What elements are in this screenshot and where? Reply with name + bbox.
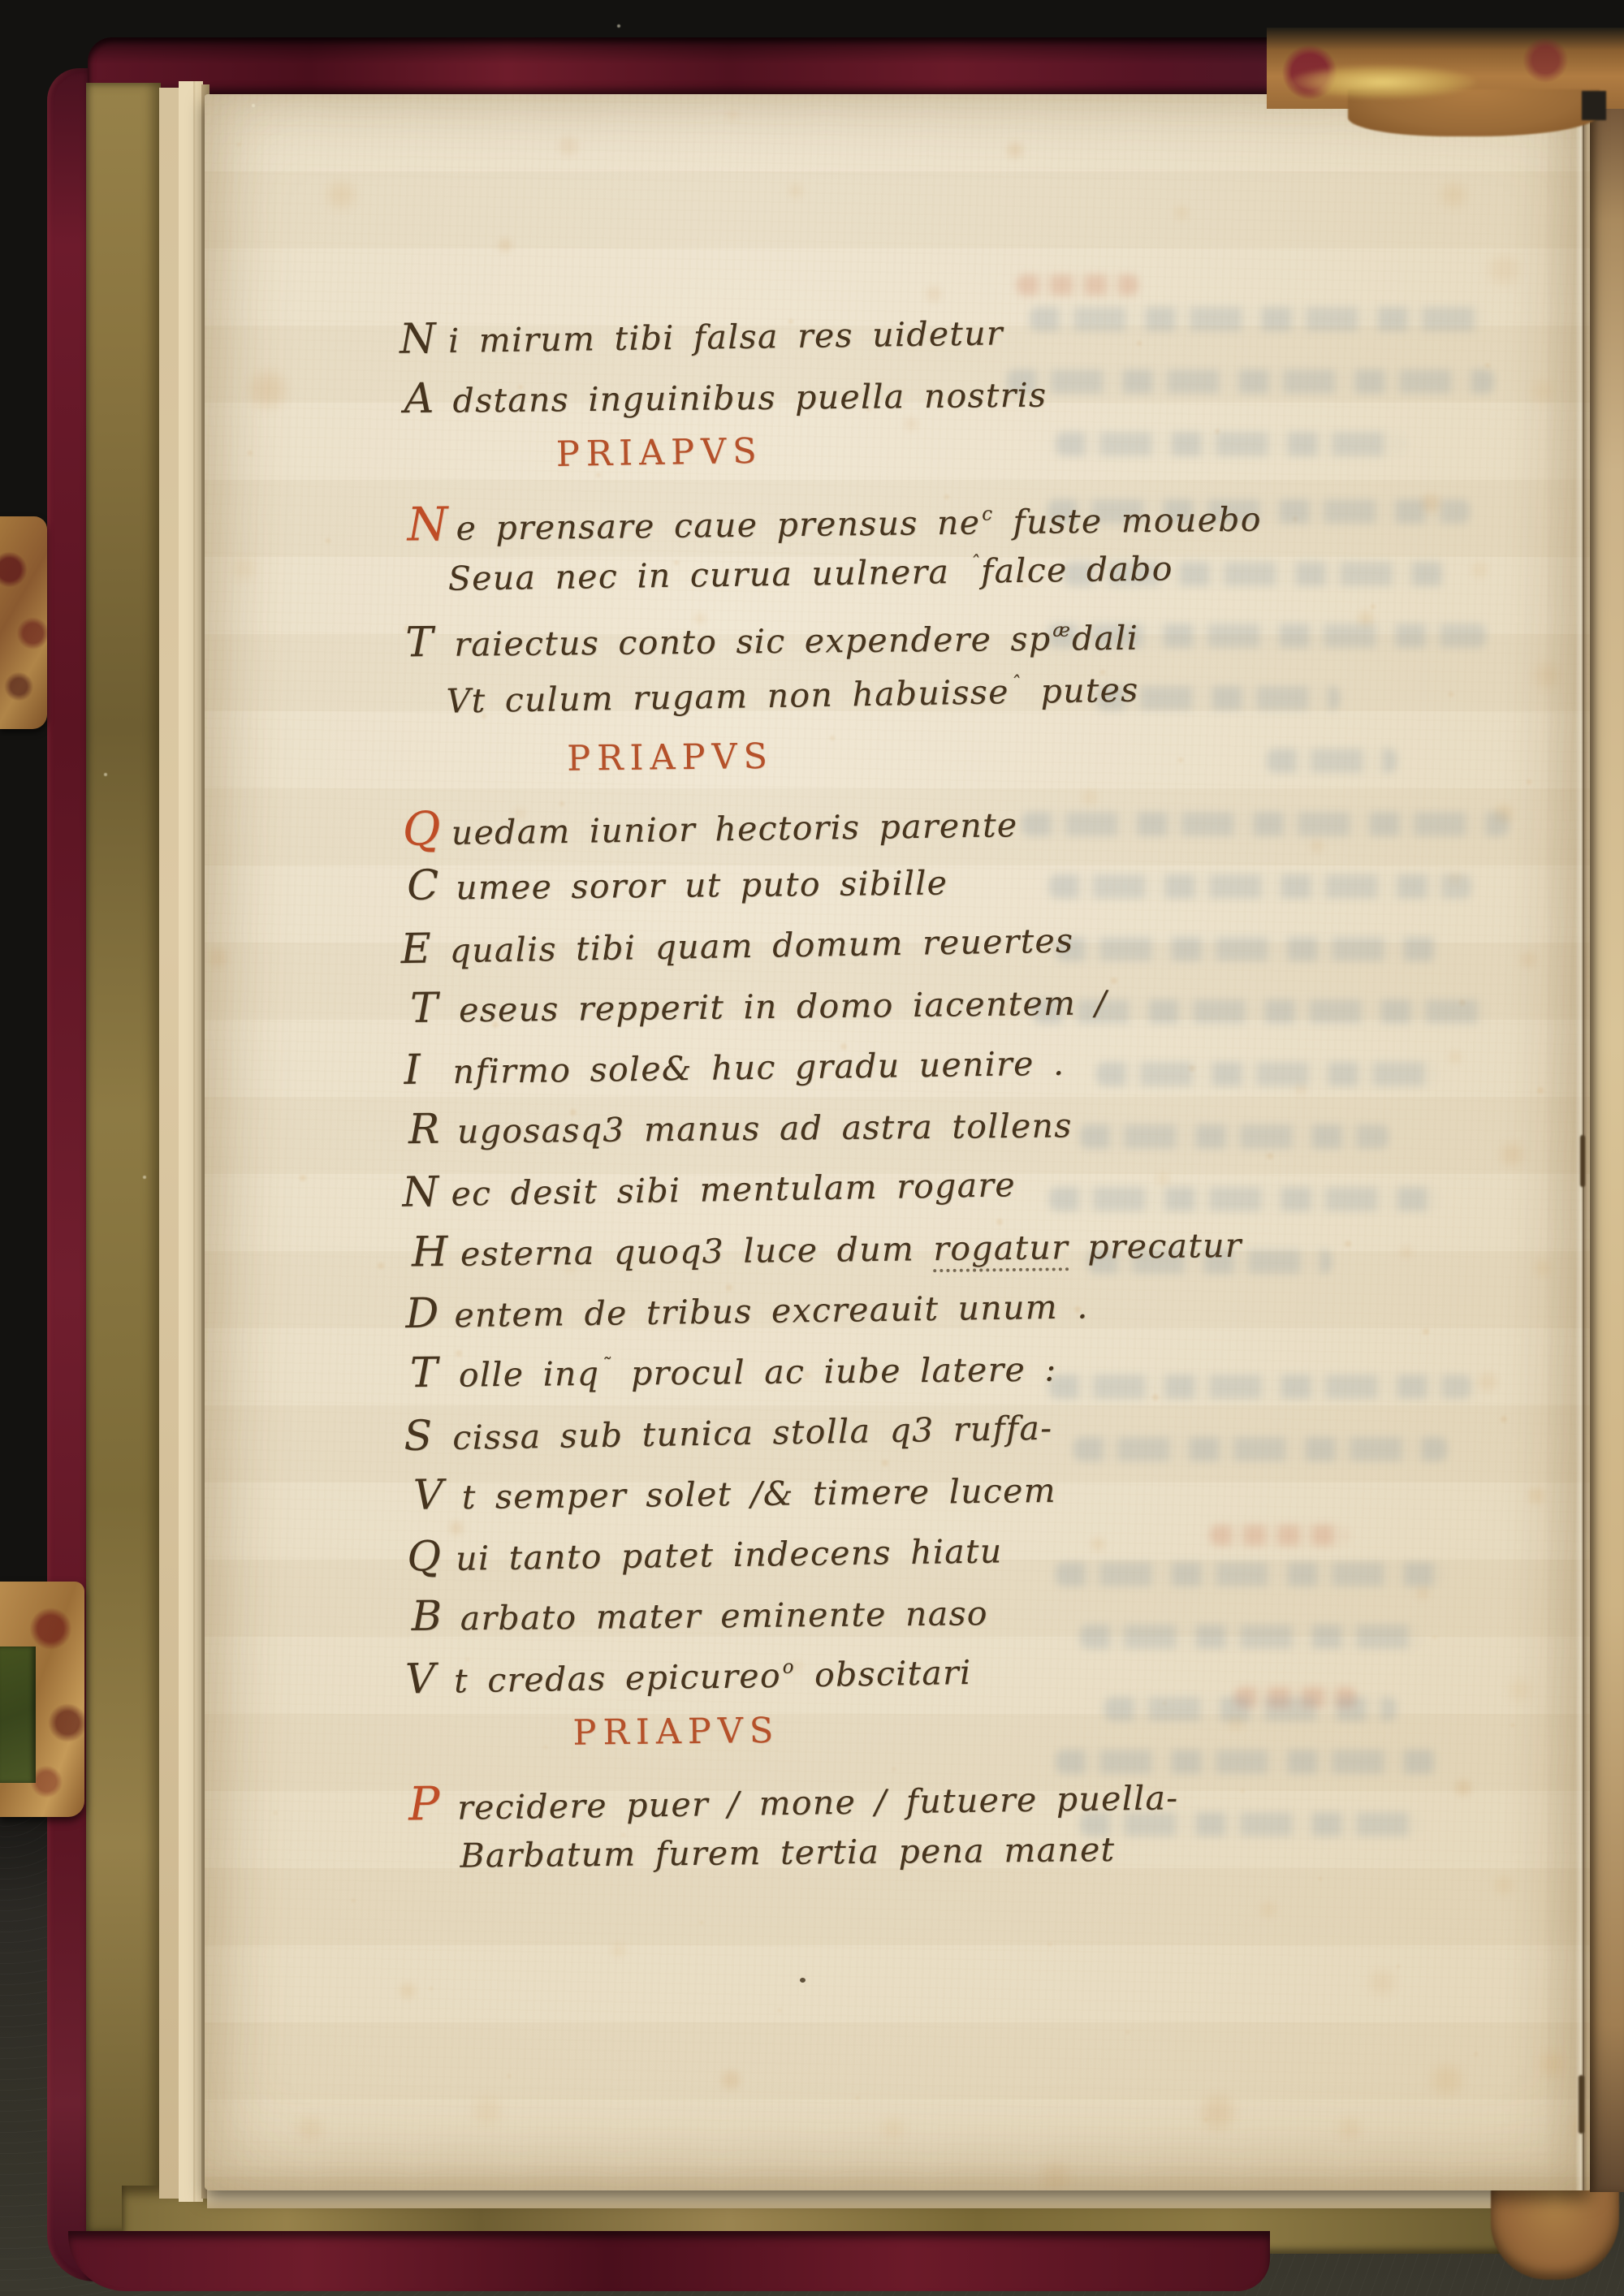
- verse-line: Seua nec in curua uulnera ˆfalce dabo: [400, 549, 1173, 620]
- verse-text: arbato mater eminente naso: [460, 1594, 988, 1638]
- versal-initial-rubric: N: [407, 498, 456, 552]
- versal-initial-rubric: Q: [402, 802, 451, 857]
- verse-text: recidere puer / mone / futuere puella-: [457, 1778, 1179, 1827]
- verse-line: Equalis tibi quam domum reuertes: [400, 914, 1074, 986]
- versal-initial: Q: [407, 1533, 456, 1582]
- rubric-heading: PRIAPVS: [414, 1711, 780, 1776]
- verse-line: Dentem de tribus excreauit unum .: [405, 1280, 1089, 1351]
- verse-text: Barbatum furem tertia pena manet: [460, 1830, 1115, 1875]
- page-tear: [1580, 1135, 1585, 1187]
- verse-line: Vt semper solet /& timere lucem: [412, 1465, 1056, 1533]
- stray-ink-dot: [800, 1978, 806, 1983]
- verse-text: umee soror ut puto sibille: [456, 864, 948, 908]
- verse-text: uedam iunior hectoris parente: [451, 805, 1017, 852]
- verse-text: i mirum tibi falsa res uidetur: [448, 313, 1004, 360]
- verse-text: t semper solet /& timere lucem: [462, 1471, 1057, 1517]
- insertion-mark: o: [782, 1657, 793, 1678]
- verse-text: cissa sub tunica stolla q3 ruffa-: [452, 1409, 1053, 1457]
- page-tear: [1579, 2075, 1584, 2134]
- versal-initial: C: [407, 861, 456, 910]
- verse-line: Vt culum rugam non habuisseˆ putes: [399, 670, 1139, 743]
- cover-board-left: [86, 83, 161, 2233]
- versal-initial: T: [410, 1349, 460, 1398]
- versal-initial: R: [408, 1106, 458, 1154]
- manuscript-page: Ni mirum tibi falsa res uideturAdstans i…: [205, 94, 1590, 2190]
- verse-text: ui tanto patet indecens hiatu: [456, 1531, 1003, 1577]
- dust-speck: [252, 104, 255, 107]
- verse-line: Infirmo sole& huc gradu uenire .: [404, 1038, 1065, 1107]
- expunged-word: rogatur: [933, 1228, 1069, 1272]
- dust-speck: [104, 773, 107, 776]
- verse-text: esterna quoq3 luce dum rogatur precatur: [460, 1226, 1242, 1274]
- page-stack-edge: [159, 88, 179, 2199]
- clasp-strap-patch: [0, 1646, 36, 1783]
- dust-speck: [143, 1176, 146, 1179]
- versal-initial: V: [405, 1655, 455, 1703]
- clasp-strap-upper: [0, 516, 47, 729]
- versal-initial-rubric: P: [408, 1777, 458, 1832]
- verse-text: qualis tibi quam domum reuertes: [449, 921, 1073, 970]
- insertion-mark: ˜: [601, 1355, 611, 1376]
- rubric-heading-text: PRIAPVS: [572, 1711, 780, 1754]
- dust-speck: [617, 24, 620, 28]
- verse-text: dstans inguinibus puella nostris: [452, 376, 1047, 421]
- versal-initial: B: [411, 1592, 460, 1641]
- insertion-mark: c: [982, 503, 992, 524]
- verse-text: olle inq˜ procul ac iube latere :: [459, 1349, 1057, 1394]
- versal-initial: T: [410, 984, 460, 1033]
- verse-line: Barbatum furem tertia pena manet: [412, 1830, 1116, 1897]
- text-block: Ni mirum tibi falsa res uideturAdstans i…: [400, 307, 1416, 1937]
- versal-initial: I: [404, 1046, 453, 1094]
- show-through-rubric: [1017, 274, 1138, 296]
- verse-line: Barbato mater eminente naso: [411, 1587, 988, 1654]
- insertion-mark: ˆ: [1010, 673, 1020, 694]
- rubric-heading: PRIAPVS: [408, 736, 775, 801]
- verse-text: ec desit sibi mentulam rogare: [451, 1165, 1016, 1214]
- gilt-glint: [1289, 65, 1476, 99]
- versal-initial: N: [400, 315, 449, 364]
- versal-initial: H: [412, 1228, 461, 1277]
- verse-text: entem de tribus excreauit unum .: [454, 1287, 1089, 1335]
- verse-line: Rugosasq3 manus ad astra tollens: [408, 1099, 1073, 1167]
- rubric-heading: PRIAPVS: [397, 431, 763, 498]
- verse-text: raiectus conto sic expendere spædali: [454, 619, 1138, 664]
- rubric-heading-text: PRIAPVS: [567, 736, 774, 779]
- verse-line: Ni mirum tibi falsa res uidetur: [400, 307, 1004, 376]
- verse-line: Precidere puer / mone / futuere puella-: [408, 1767, 1179, 1838]
- versal-initial: T: [405, 619, 455, 667]
- book-cover-bottom-edge: [68, 2231, 1270, 2291]
- verse-line: Hesterna quoq3 luce dum rogatur precatur: [412, 1219, 1243, 1290]
- verse-line: Tolle inq˜ procul ac iube latere :: [410, 1343, 1057, 1410]
- versal-initial: D: [405, 1289, 455, 1338]
- verse-text: eseus repperit in domo iacentem /: [459, 983, 1108, 1029]
- versal-initial: V: [412, 1471, 462, 1520]
- manuscript-photo: Ni mirum tibi falsa res uideturAdstans i…: [0, 0, 1624, 2296]
- verse-line: Qui tanto patet indecens hiatu: [407, 1525, 1003, 1594]
- rubric-heading-text: PRIAPVS: [555, 431, 763, 475]
- verse-line: Cumee soror ut puto sibille: [407, 857, 948, 923]
- verse-line: Traiectus conto sic expendere spædali: [405, 612, 1138, 680]
- verse-text: ugosasq3 manus ad astra tollens: [457, 1106, 1073, 1150]
- verse-line: Adstans inguinibus puella nostris: [404, 369, 1047, 437]
- versal-initial: S: [404, 1412, 453, 1461]
- book-cover-top-edge: [88, 37, 1322, 96]
- gutter-next-page-edge: [1590, 94, 1624, 2192]
- page-stack-edge: [179, 81, 203, 2202]
- verse-text: nfirmo sole& huc gradu uenire .: [452, 1044, 1065, 1092]
- verse-text: t credas epicureoo obscitari: [454, 1653, 972, 1701]
- verse-line: Vt credas epicureoo obscitari: [405, 1646, 972, 1717]
- insertion-mark: æ: [1052, 619, 1070, 641]
- verse-line: Quedam iunior hectoris parente: [402, 794, 1018, 864]
- versal-initial: N: [402, 1168, 451, 1217]
- verse-line: Teseus repperit in domo iacentem /: [410, 977, 1108, 1046]
- gutter-notch: [1582, 91, 1606, 120]
- verse-line: Nec desit sibi mentulam rogare: [402, 1159, 1017, 1230]
- verse-line: Scissa sub tunica stolla q3 ruffa-: [404, 1402, 1053, 1474]
- versal-initial: A: [404, 375, 453, 424]
- verse-line: Ne prensare caue prensus nec fuste moueb…: [407, 489, 1262, 559]
- verse-text: e prensare caue prensus nec fuste mouebo: [456, 500, 1262, 548]
- insertion-mark: ˆ: [970, 553, 979, 574]
- versal-initial: E: [400, 925, 450, 973]
